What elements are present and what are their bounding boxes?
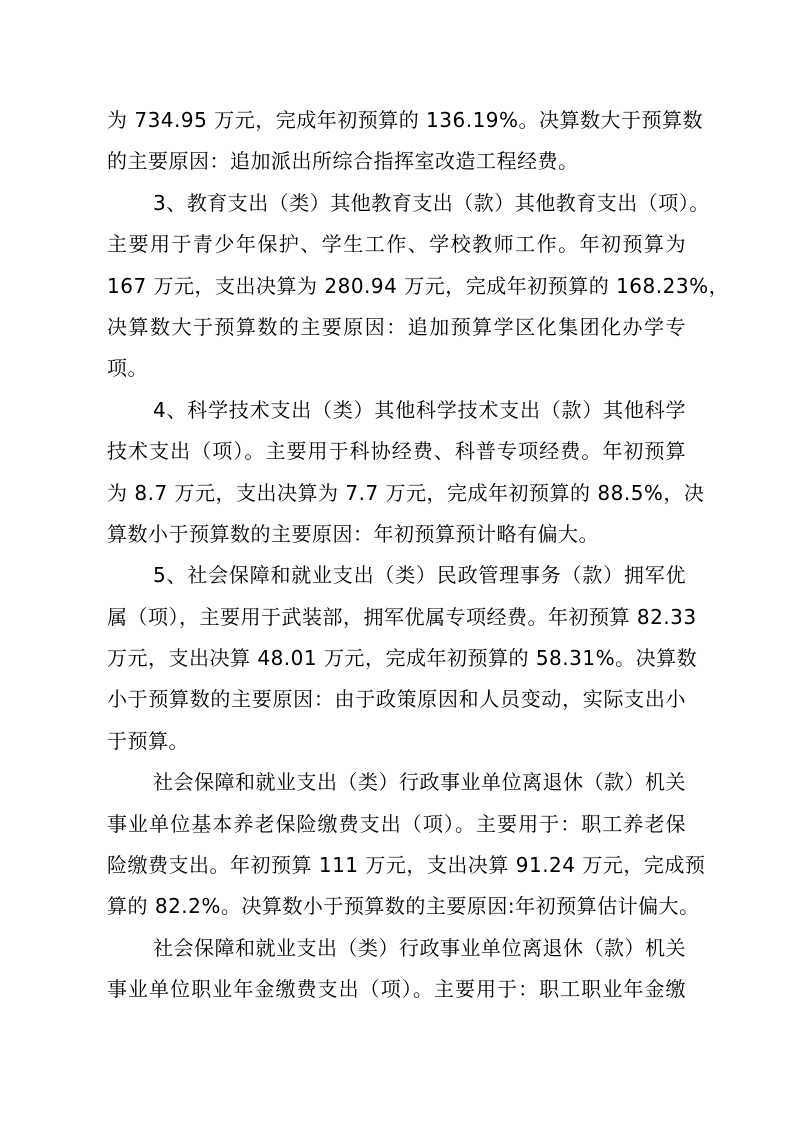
text-line: 小于预算数的主要原因：由于政策原因和人员变动，实际支出小 xyxy=(107,679,686,720)
text-line: 算的 82.2%。决算数小于预算数的主要原因:年初预算估计偏大。 xyxy=(107,886,686,927)
text-line: 于预算。 xyxy=(107,721,686,762)
text-line: 事业单位职业年金缴费支出（项）。主要用于：职工职业年金缴 xyxy=(107,969,686,1010)
text-line: 决算数大于预算数的主要原因：追加预算学区化集团化办学专 xyxy=(107,307,686,348)
text-line: 为 734.95 万元，完成年初预算的 136.19%。决算数大于预算数 xyxy=(107,100,686,141)
text-line: 3、教育支出（类）其他教育支出（款）其他教育支出（项）。 xyxy=(107,183,686,224)
text-line: 技术支出（项）。主要用于科协经费、科普专项经费。年初预算 xyxy=(107,431,686,472)
document-page: 为 734.95 万元，完成年初预算的 136.19%。决算数大于预算数 的主要… xyxy=(0,0,793,1122)
body-text: 为 734.95 万元，完成年初预算的 136.19%。决算数大于预算数 的主要… xyxy=(107,100,686,1011)
text-line: 167 万元，支出决算为 280.94 万元，完成年初预算的 168.23%， xyxy=(107,266,686,307)
text-line: 4、科学技术支出（类）其他科学技术支出（款）其他科学 xyxy=(107,390,686,431)
text-line: 社会保障和就业支出（类）行政事业单位离退休（款）机关 xyxy=(107,928,686,969)
text-line: 险缴费支出。年初预算 111 万元，支出决算 91.24 万元，完成预 xyxy=(107,845,686,886)
text-line: 的主要原因：追加派出所综合指挥室改造工程经费。 xyxy=(107,141,686,182)
text-line: 事业单位基本养老保险缴费支出（项）。主要用于：职工养老保 xyxy=(107,804,686,845)
text-line: 为 8.7 万元，支出决算为 7.7 万元，完成年初预算的 88.5%，决 xyxy=(107,473,686,514)
text-line: 算数小于预算数的主要原因：年初预算预计略有偏大。 xyxy=(107,514,686,555)
text-line: 社会保障和就业支出（类）行政事业单位离退休（款）机关 xyxy=(107,762,686,803)
text-line: 万元，支出决算 48.01 万元，完成年初预算的 58.31%。决算数 xyxy=(107,638,686,679)
text-line: 属（项），主要用于武装部，拥军优属专项经费。年初预算 82.33 xyxy=(107,597,686,638)
text-line: 项。 xyxy=(107,348,686,389)
text-line: 5、社会保障和就业支出（类）民政管理事务（款）拥军优 xyxy=(107,555,686,596)
text-line: 主要用于青少年保护、学生工作、学校教师工作。年初预算为 xyxy=(107,224,686,265)
